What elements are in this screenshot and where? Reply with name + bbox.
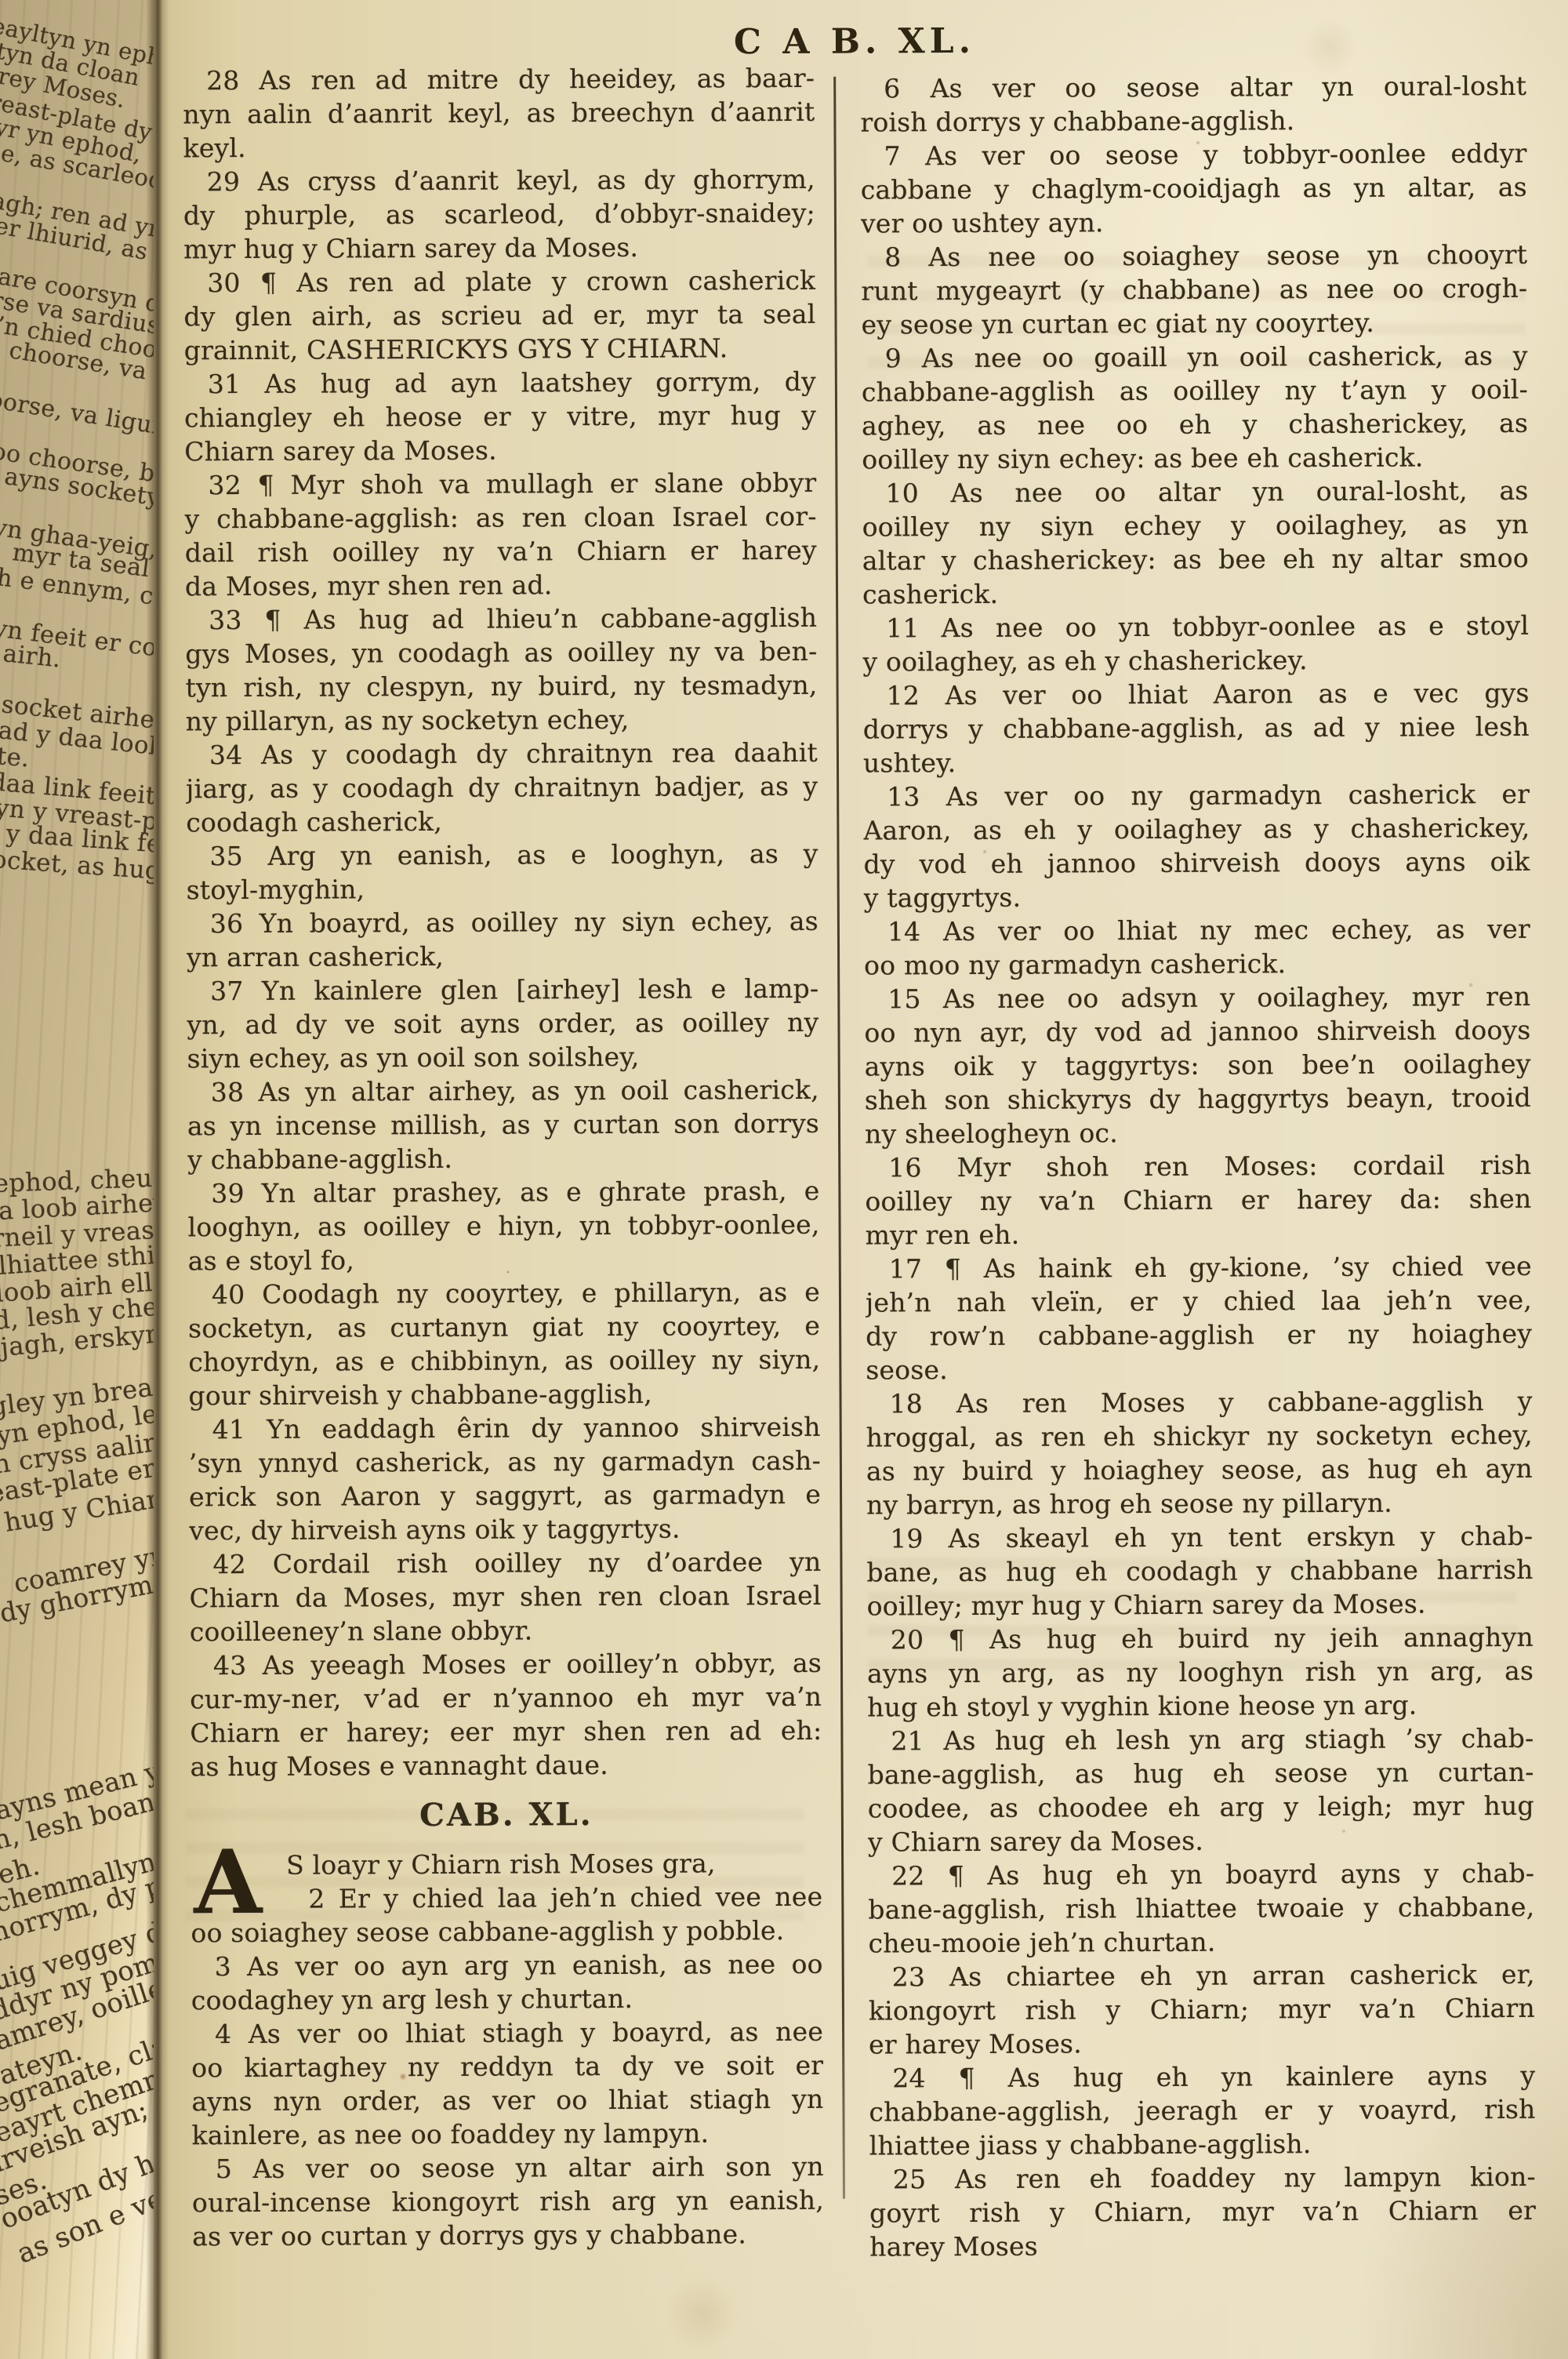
- text-line: 37 Yn kainlere glen [airhey] lesh e lamp…: [187, 972, 818, 1009]
- column-divider: [833, 77, 845, 2199]
- text-line: dy row’n cabbane-agglish er ny hoiaghey: [866, 1317, 1532, 1354]
- text-line: dy glen airh, as scrieu ad er, myr ta se…: [183, 297, 815, 334]
- text-line: yn arran casherick,: [187, 938, 818, 975]
- text-line: hug eh stoyl y vyghin kione heose yn arg…: [867, 1688, 1534, 1725]
- text-line: 10 As nee oo altar yn oural-losht, as: [862, 474, 1528, 511]
- text-line: gys Moses, yn coodagh as ooilley ny va b…: [185, 634, 817, 671]
- text-line: dail rish ooilley ny va’n Chiarn er hare…: [185, 533, 817, 570]
- right-column: 6 As ver oo seose altar yn oural-loshtro…: [860, 69, 1536, 2264]
- text-line: 16 Myr shoh ren Moses: cordail rish: [865, 1148, 1531, 1185]
- text-line: roish dorrys y chabbane-agglish.: [860, 103, 1526, 140]
- text-line: gour shirveish y chabbane-agglish,: [188, 1376, 820, 1413]
- text-line: oural-incense kiongoyrt rish arg yn eani…: [192, 2183, 824, 2220]
- text-line: 4 As ver oo lhiat stiagh y boayrd, as ne…: [191, 2015, 823, 2052]
- text-line: AS loayr y Chiarn rish Moses gra,: [191, 1846, 822, 1883]
- text-line: bane, as hug eh coodagh y chabbane harri…: [866, 1553, 1533, 1590]
- text-line: 25 As ren eh foaddey ny lampyn kion-: [869, 2160, 1536, 2197]
- page-content: C A B. XL. 28 As ren ad mitre dy heeidey…: [0, 0, 1568, 2359]
- text-line: altar y chasherickey: as bee eh ny altar…: [862, 541, 1529, 578]
- text-line: 9 As nee oo goaill yn ooil casherick, as…: [862, 339, 1528, 376]
- text-line: 24 ¶ As hug eh yn kainlere ayns y: [869, 2059, 1535, 2095]
- text-line: ooilley ny siyn echey: as bee eh casheri…: [862, 440, 1528, 477]
- text-line: oo nyn ayr, dy vod ad jannoo shirveish d…: [864, 1013, 1530, 1050]
- text-line: myr hug y Chiarn sarey da Moses.: [183, 230, 815, 267]
- running-head: C A B. XL.: [463, 18, 1247, 65]
- text-line: dorrys y chabbane-agglish, as ad y niee …: [863, 710, 1530, 747]
- text-line: grainnit, CASHERICKYS GYS Y CHIARN.: [184, 331, 816, 368]
- text-line: 36 Yn boayrd, as ooilley ny siyn echey, …: [187, 904, 818, 941]
- text-line: aghey, as nee oo eh y chasherickey, as: [862, 406, 1528, 443]
- text-line: kainlere, as nee oo foaddey ny lampyn.: [192, 2116, 824, 2153]
- text-line: 34 As y coodagh dy chraitnyn rea daahit: [186, 736, 818, 772]
- text-line: 12 As ver oo lhiat Aaron as e vec gys: [863, 676, 1530, 713]
- text-line: chiangley eh heose er y vitre, myr hug y: [184, 398, 816, 435]
- text-line: 33 ¶ As hug ad lhieu’n cabbane-agglish: [185, 601, 817, 638]
- text-line: Chiarn da Moses, myr shen ren cloan Isra…: [190, 1579, 822, 1616]
- text-line: oo soiaghey seose cabbane-agglish y pobb…: [191, 1914, 822, 1950]
- text-line: ny sheelogheyn oc.: [865, 1114, 1531, 1151]
- text-line: 23 As chiartee eh yn arran casherick er,: [869, 1957, 1535, 1994]
- drop-cap: A: [194, 1848, 262, 1917]
- text-line: stoyl-myghin,: [187, 871, 818, 907]
- text-line: 41 Yn eaddagh êrin dy yannoo shirveish: [189, 1410, 821, 1447]
- text-line: nyn aalin d’aanrit keyl, as breechyn d’a…: [183, 95, 815, 132]
- book-photo: eayltyn yn ephtyn da cloanrey Moses.reas…: [0, 0, 1568, 2359]
- text-line: y Chiarn sarey da Moses.: [868, 1823, 1534, 1859]
- text-line: chabbane-agglish as ooilley ny t’ayn y o…: [862, 373, 1528, 409]
- text-line: y taggyrtys.: [864, 878, 1530, 915]
- text-line: coodagh casherick,: [186, 803, 818, 840]
- text-line: ooilley; myr hug y Chiarn sarey da Moses…: [867, 1587, 1534, 1623]
- text-line: oo kiartaghey ny reddyn ta dy ve soit er: [191, 2048, 823, 2085]
- text-line: 22 ¶ As hug eh yn boayrd ayns y chab-: [868, 1856, 1534, 1893]
- text-line: keyl.: [183, 129, 815, 165]
- text-line: ayns yn arg, as ny looghyn rish yn arg, …: [867, 1654, 1534, 1691]
- text-line: coodaghey yn arg lesh y churtan.: [191, 1981, 823, 2018]
- chapter-heading: CAB. XL.: [191, 1797, 822, 1834]
- text-line: chabbane-agglish, jeeragh er y voayrd, r…: [869, 2092, 1535, 2129]
- text-line: ny pillaryn, as ny socketyn echey,: [186, 702, 818, 739]
- text-line: 19 As skeayl eh yn tent erskyn y chab-: [866, 1519, 1533, 1556]
- text-line-text: S loayr y Chiarn rish Moses gra,: [286, 1848, 716, 1880]
- text-line: dy phurple, as scarleod, d’obbyr-snaidey…: [183, 196, 815, 233]
- text-line: siyn echey, as yn ooil son soilshey,: [187, 1039, 819, 1076]
- text-line: 6 As ver oo seose altar yn oural-losht: [860, 69, 1526, 106]
- text-line: as hug Moses e vannaght daue.: [190, 1747, 822, 1784]
- text-line: hroggal, as ren eh shickyr ny socketyn e…: [866, 1418, 1533, 1455]
- text-line: ayns nyn order, as ver oo lhiat stiagh y…: [191, 2082, 823, 2119]
- text-line: y chabbane-agglish.: [187, 1140, 819, 1177]
- text-line: 7 As ver oo seose y tobbyr-oonlee eddyr: [861, 136, 1527, 173]
- text-line: coodee, as choodee eh arg y leigh; myr h…: [868, 1789, 1534, 1826]
- text-line: ooilley ny siyn echey y ooilaghey, as yn: [862, 507, 1529, 544]
- text-line: ey seose yn curtan ec giat ny cooyrtey.: [861, 305, 1527, 342]
- text-line: casherick.: [862, 575, 1529, 612]
- text-line: bane-agglish, as hug eh seose yn curtan-: [868, 1755, 1534, 1792]
- text-line: as ny buird y hoiaghey seose, as hug eh …: [866, 1452, 1533, 1488]
- left-column: 28 As ren ad mitre dy heeidey, as baar-n…: [183, 61, 824, 2253]
- text-line: ny barryn, as hrog eh seose ny pillaryn.: [866, 1485, 1533, 1522]
- text-line: 11 As nee oo yn tobbyr-oonlee as e stoyl: [862, 609, 1529, 645]
- text-line: cabbane y chaglym-cooidjagh as yn altar,…: [861, 170, 1527, 207]
- text-line: er harey Moses.: [869, 2025, 1535, 2062]
- text-line: 43 As yeeagh Moses er ooilley’n obbyr, a…: [190, 1646, 822, 1683]
- text-line: jiarg, as y coodagh dy chraitnyn badjer,…: [186, 769, 818, 806]
- text-line: 30 ¶ As ren ad plate y crown casherick: [183, 264, 815, 300]
- text-line: 39 Yn altar prashey, as e ghrate prash, …: [187, 1174, 819, 1211]
- text-line: Aaron, as eh y ooilaghey as y chasherick…: [863, 811, 1530, 848]
- text-line: 38 As yn altar airhey, as yn ooil casher…: [187, 1073, 819, 1110]
- text-line: 5 As ver oo seose yn altar airh son yn: [192, 2150, 824, 2186]
- text-line: choyrdyn, as e chibbinyn, as ooilley ny …: [188, 1343, 820, 1379]
- text-line: 14 As ver oo lhiat ny mec echey, as ver: [864, 912, 1530, 949]
- text-line: ayns oik y taggyrtys: son bee’n ooilaghe…: [865, 1047, 1531, 1084]
- text-line: vec, dy hirveish ayns oik y taggyrtys.: [189, 1511, 821, 1548]
- text-line: socketyn, as curtanyn giat ny cooyrtey, …: [188, 1309, 820, 1346]
- text-line: as ver oo curtan y dorrys gys y chabbane…: [192, 2217, 824, 2254]
- text-line: dy vod eh jannoo shirveish dooys ayns oi…: [863, 845, 1530, 881]
- text-line: jeh’n nah vleïn, er y chied laa jeh’n ve…: [866, 1283, 1532, 1320]
- text-line: runt mygeayrt (y chabbane) as nee oo cro…: [861, 271, 1527, 308]
- text-line: tyn rish, ny clespyn, ny buird, ny tesma…: [185, 668, 817, 705]
- text-line: ’syn ynnyd casherick, as ny garmadyn cas…: [189, 1444, 821, 1481]
- text-line: erick son Aaron y saggyrt, as garmadyn e: [189, 1478, 821, 1514]
- text-line: harey Moses: [869, 2227, 1536, 2264]
- text-line: cur-my-ner, v’ad er n’yannoo eh myr va’n: [190, 1680, 822, 1717]
- text-line: looghyn, as ooilley e hiyn, yn tobbyr-oo…: [187, 1208, 819, 1245]
- text-line: 29 As cryss d’aanrit keyl, as dy ghorrym…: [183, 162, 815, 199]
- text-line: sheh son shickyrys dy haggyrtys beayn, t…: [865, 1081, 1531, 1118]
- text-line: 35 Arg yn eanish, as e looghyn, as y: [186, 837, 818, 874]
- text-line: myr ren eh.: [866, 1216, 1532, 1252]
- text-line: 42 Cordail rish ooilley ny d’oardee yn: [189, 1545, 821, 1582]
- text-line: 13 As ver oo ny garmadyn casherick er: [863, 777, 1530, 814]
- text-line: 3 As ver oo ayn arg yn eanish, as nee oo: [191, 1947, 823, 1984]
- text-line: 21 As hug eh lesh yn arg stiagh ’sy chab…: [867, 1721, 1534, 1758]
- text-line: Chiarn sarey da Moses.: [184, 432, 816, 469]
- text-line: y chabbane-agglish: as ren cloan Israel …: [185, 500, 817, 536]
- text-line: 2 Er y chied laa jeh’n chied vee nee: [191, 1880, 822, 1917]
- text-line: as e stoyl fo,: [188, 1241, 820, 1278]
- text-line: kiongoyrt rish y Chiarn; myr va’n Chiarn: [869, 1991, 1535, 2028]
- text-line: 15 As nee oo adsyn y ooilaghey, myr ren: [864, 980, 1530, 1016]
- text-line: cheu-mooie jeh’n churtan.: [868, 1924, 1534, 1961]
- text-line: 8 As nee oo soiaghey seose yn chooyrt: [861, 238, 1527, 274]
- text-line: yn, ad dy ve soit ayns order, as ooilley…: [187, 1005, 818, 1042]
- text-line: oo moo ny garmadyn casherick.: [864, 946, 1530, 983]
- text-line: 31 As hug ad ayn laatshey gorrym, dy: [184, 365, 816, 402]
- text-line: as yn incense millish, as y curtan son d…: [187, 1107, 819, 1143]
- text-line: goyrt rish y Chiarn, myr va’n Chiarn er: [869, 2194, 1536, 2230]
- text-line: ushtey.: [863, 743, 1530, 780]
- text-line: 18 As ren Moses y cabbane-agglish y: [866, 1384, 1532, 1421]
- page-gutter-shadow: [146, 0, 169, 2359]
- text-line: seose.: [866, 1350, 1532, 1387]
- text-line: ver oo ushtey ayn.: [861, 204, 1527, 241]
- text-line: bane-agglish, rish lhiattee twoaie y cha…: [868, 1890, 1534, 1927]
- text-line: 28 As ren ad mitre dy heeidey, as baar-: [183, 61, 815, 98]
- text-line: Chiarn er harey; eer myr shen ren ad eh:: [190, 1714, 822, 1750]
- text-line: 40 Coodagh ny cooyrtey, e phillaryn, as …: [188, 1275, 820, 1312]
- text-line: 20 ¶ As hug eh buird ny jeih annaghyn: [867, 1620, 1534, 1657]
- text-line: cooilleeney’n slane obbyr.: [190, 1612, 822, 1649]
- text-line: ooilley ny va’n Chiarn er harey da: shen: [865, 1182, 1531, 1219]
- text-line: 17 ¶ As haink eh gy-kione, ’sy chied vee: [866, 1249, 1532, 1286]
- text-line: 32 ¶ Myr shoh va mullagh er slane obbyr: [184, 466, 816, 503]
- text-line: lhiattee jiass y chabbane-agglish.: [869, 2126, 1536, 2163]
- text-line: da Moses, myr shen ren ad.: [185, 567, 817, 604]
- text-line: y ooilaghey, as eh y chasherickey.: [862, 642, 1529, 679]
